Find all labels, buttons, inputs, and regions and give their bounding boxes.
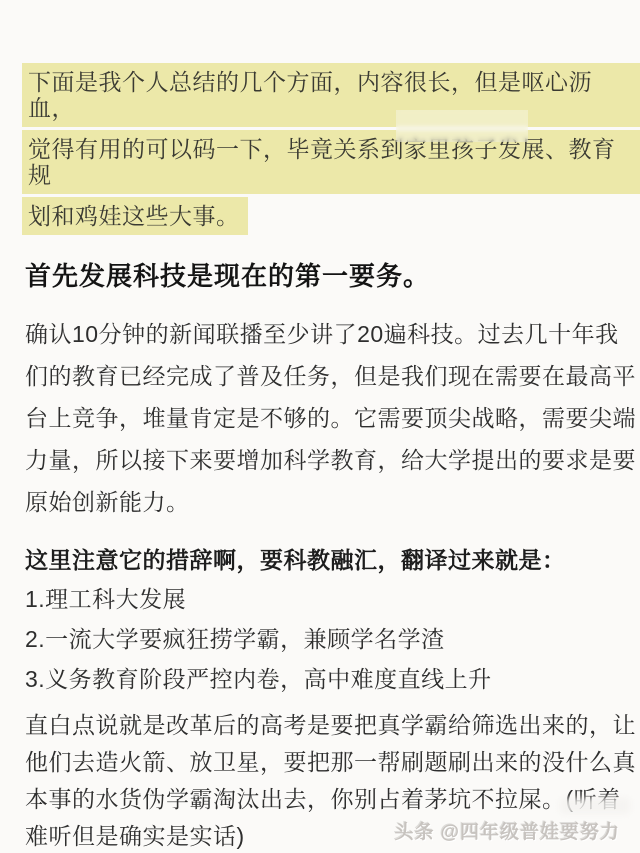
paragraph-line: 原始创新能力。 xyxy=(25,481,640,523)
paragraph-science: 确认10分钟的新闻联播至少讲了20遍科技。过去几十年我 们的教育已经完成了普及任… xyxy=(25,313,640,523)
section-heading: 首先发展科技是现在的第一要务。 xyxy=(25,259,640,293)
paragraph-line: 力量，所以接下来要增加科学教育，给大学提出的要求是要 xyxy=(25,439,640,481)
paragraph-line: 本事的水货伪学霸淘汰出去，你别占着茅坑不拉屎。(听着 xyxy=(25,781,640,818)
paragraph-line: 他们去造火箭、放卫星，要把那一帮刷题刷出来的没什么真 xyxy=(25,744,640,781)
paragraph-line: 确认10分钟的新闻联播至少讲了20遍科技。过去几十年我 xyxy=(25,313,640,355)
highlight-line: 觉得有用的可以码一下，毕竟关系到家里孩子发展、教育规 xyxy=(22,130,640,194)
article-page: 下面是我个人总结的几个方面，内容很长，但是呕心沥血， 觉得有用的可以码一下，毕竟… xyxy=(0,0,640,853)
toutiao-watermark: 头条@四年级普娃要努力 xyxy=(394,817,620,844)
list-item: 1.理工科大发展 xyxy=(25,579,640,619)
highlight-line: 划和鸡娃这些大事。 xyxy=(22,197,248,235)
lead-sentence: 这里注意它的措辞啊，要科教融汇，翻译过来就是： xyxy=(25,545,640,575)
highlight-paragraph: 下面是我个人总结的几个方面，内容很长，但是呕心沥血， 觉得有用的可以码一下，毕竟… xyxy=(0,0,640,235)
list-item: 2.一流大学要疯狂捞学霸，兼顾学名学渣 xyxy=(25,619,640,659)
paragraph-line: 们的教育已经完成了普及任务，但是我们现在需要在最高平 xyxy=(25,355,640,397)
list-item: 3.义务教育阶段严控内卷，高中难度直线上升 xyxy=(25,659,640,699)
paragraph-line: 台上竞争，堆量肯定是不够的。它需要顶尖战略，需要尖端 xyxy=(25,397,640,439)
numbered-list: 1.理工科大发展 2.一流大学要疯狂捞学霸，兼顾学名学渣 3.义务教育阶段严控内… xyxy=(25,579,640,699)
watermark-handle: @四年级普娃要努力 xyxy=(440,822,620,843)
paragraph-line: 直白点说就是改革后的高考是要把真学霸给筛选出来的，让 xyxy=(25,707,640,744)
toutiao-logo-text: 头条 xyxy=(394,822,434,843)
highlight-line: 下面是我个人总结的几个方面，内容很长，但是呕心沥血， xyxy=(22,63,640,127)
